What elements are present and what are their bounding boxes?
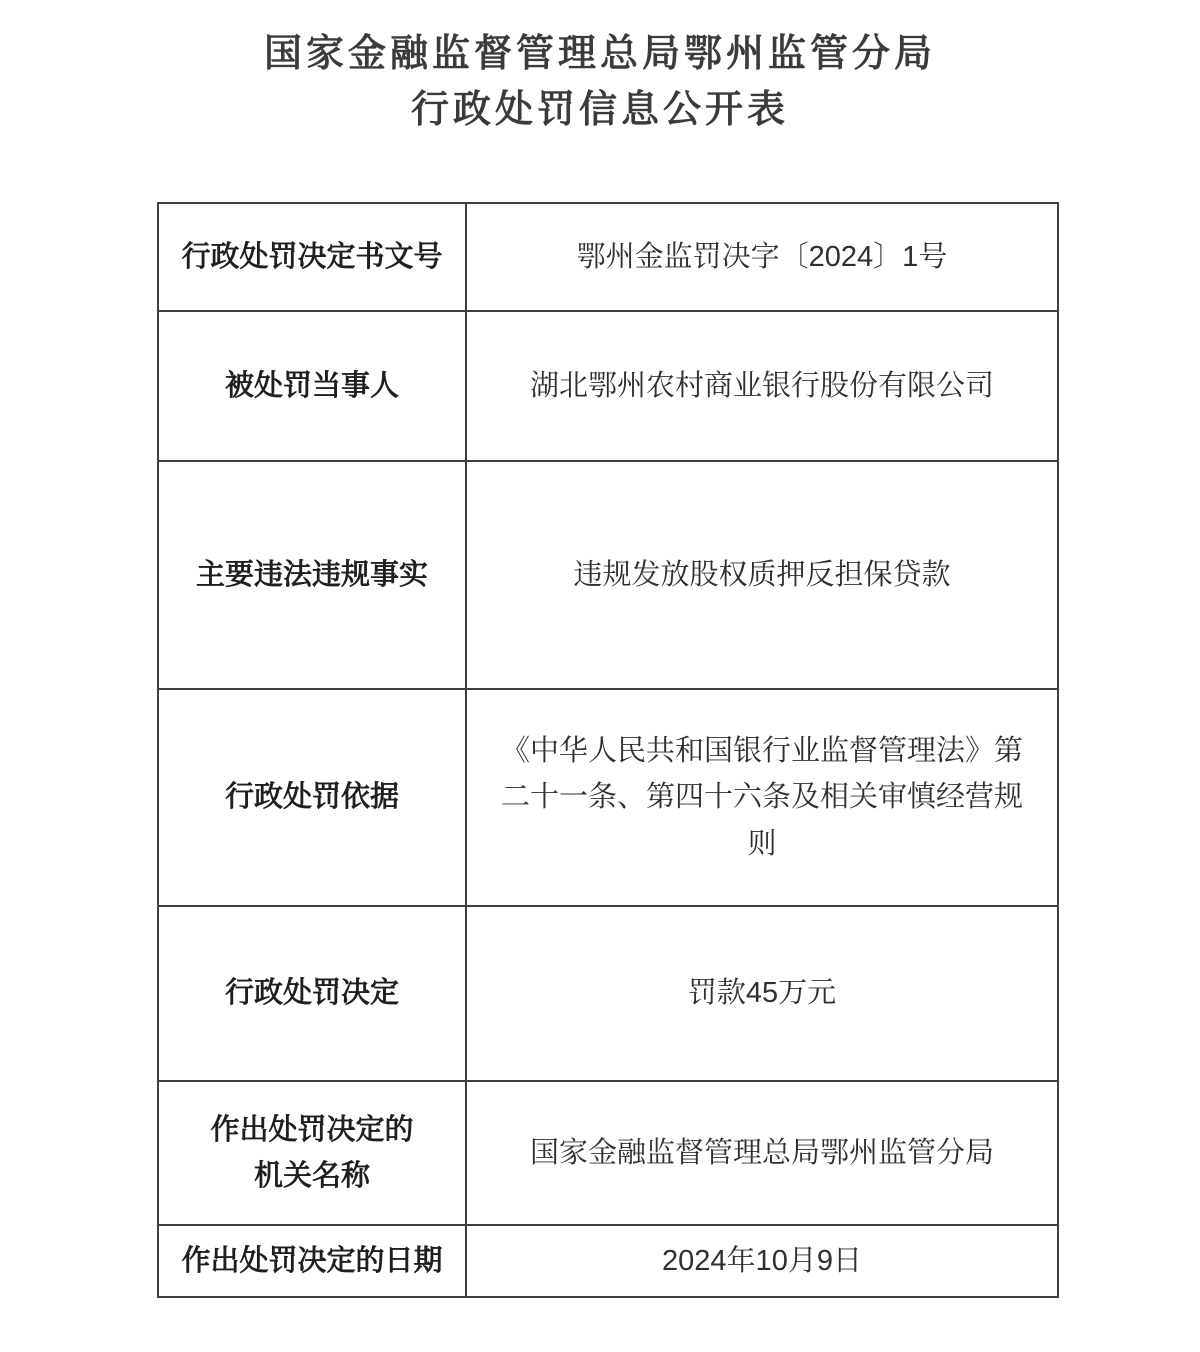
table-row-penalty-basis: 行政处罚依据 《中华人民共和国银行业监督管理法》第 二十一条、第四十六条及相关审… xyxy=(158,689,1058,906)
table-row-decision-doc-number: 行政处罚决定书文号 鄂州金监罚决字〔2024〕1号 xyxy=(158,203,1058,311)
row-value: 国家金融监督管理总局鄂州监管分局 xyxy=(466,1081,1058,1225)
row-label: 主要违法违规事实 xyxy=(158,461,466,689)
penalty-info-table-body: 行政处罚决定书文号 鄂州金监罚决字〔2024〕1号 被处罚当事人 湖北鄂州农村商… xyxy=(158,203,1058,1297)
row-value: 鄂州金监罚决字〔2024〕1号 xyxy=(466,203,1058,311)
title-line-2: 行政处罚信息公开表 xyxy=(0,82,1200,138)
row-label: 作出处罚决定的 机关名称 xyxy=(158,1081,466,1225)
row-value: 湖北鄂州农村商业银行股份有限公司 xyxy=(466,311,1058,461)
title-line-1: 国家金融监督管理总局鄂州监管分局 xyxy=(0,26,1200,82)
row-label: 行政处罚决定 xyxy=(158,906,466,1081)
table-row-decision-date: 作出处罚决定的日期 2024年10月9日 xyxy=(158,1225,1058,1297)
page: 国家金融监督管理总局鄂州监管分局 行政处罚信息公开表 行政处罚决定书文号 鄂州金… xyxy=(0,0,1200,1352)
table-row-deciding-authority: 作出处罚决定的 机关名称 国家金融监督管理总局鄂州监管分局 xyxy=(158,1081,1058,1225)
row-label: 被处罚当事人 xyxy=(158,311,466,461)
row-value: 违规发放股权质押反担保贷款 xyxy=(466,461,1058,689)
table-row-penalty-decision: 行政处罚决定 罚款45万元 xyxy=(158,906,1058,1081)
row-value: 《中华人民共和国银行业监督管理法》第 二十一条、第四十六条及相关审慎经营规 则 xyxy=(466,689,1058,906)
penalty-info-table: 行政处罚决定书文号 鄂州金监罚决字〔2024〕1号 被处罚当事人 湖北鄂州农村商… xyxy=(157,202,1059,1298)
row-value: 2024年10月9日 xyxy=(466,1225,1058,1297)
document-title: 国家金融监督管理总局鄂州监管分局 行政处罚信息公开表 xyxy=(0,0,1200,138)
row-label: 作出处罚决定的日期 xyxy=(158,1225,466,1297)
row-label: 行政处罚依据 xyxy=(158,689,466,906)
row-value: 罚款45万元 xyxy=(466,906,1058,1081)
table-row-violation-facts: 主要违法违规事实 违规发放股权质押反担保贷款 xyxy=(158,461,1058,689)
table-row-penalized-party: 被处罚当事人 湖北鄂州农村商业银行股份有限公司 xyxy=(158,311,1058,461)
row-label: 行政处罚决定书文号 xyxy=(158,203,466,311)
